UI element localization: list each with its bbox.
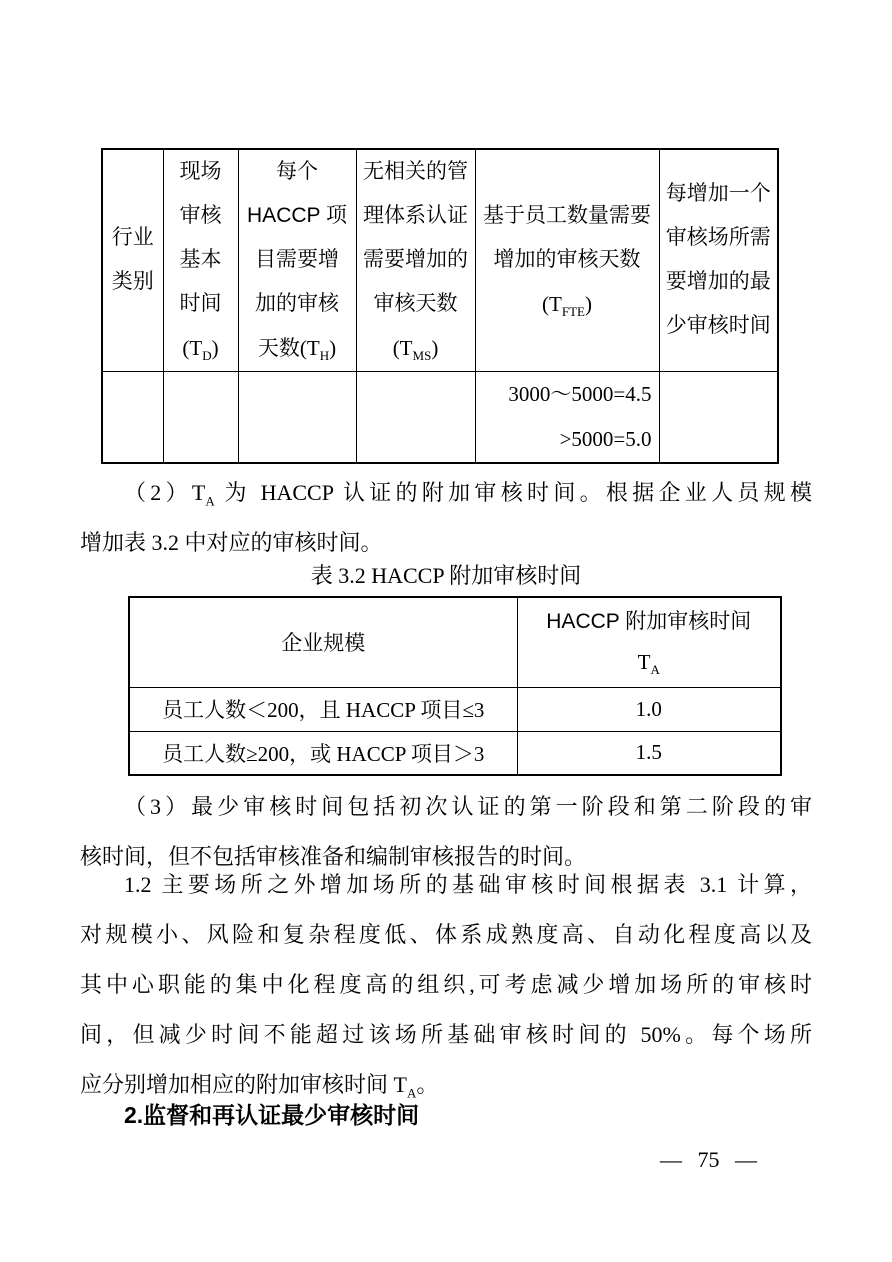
paragraph-2: （2）TA 为 HACCP 认证的附加审核时间。根据企业人员规模 增加表 3.2… [80, 468, 812, 568]
formula-text: (T [393, 336, 413, 360]
table-3-2-title: 表 3.2 HACCP 附加审核时间 [80, 558, 812, 594]
header-line: 理体系认证 [357, 194, 475, 238]
t32-cell-time: 1.0 [517, 687, 781, 731]
formula-text: 天数(T [258, 336, 320, 360]
t32-cell-time: 1.5 [517, 731, 781, 775]
document-page: 行业 类别 现场 审核 基本 时间 (TD) 每个 HACCP 项 目需要增 加… [0, 0, 892, 1262]
t31-cell-fte-values: 3000～5000=4.5 >5000=5.0 [475, 371, 659, 463]
header-line: 审核 [164, 194, 238, 238]
formula-subscript: MS [413, 348, 432, 363]
table-3-2-header-row: 企业规模 HACCP 附加审核时间 TA [129, 597, 781, 687]
text-segment: 为 HACCP 认证的附加审核时间。根据企业人员规模 [215, 480, 812, 505]
t31-header-industry-category: 行业 类别 [102, 149, 163, 371]
header-formula-tms: (TMS) [357, 326, 475, 370]
text-segment [80, 480, 124, 505]
formula-text: T [638, 650, 651, 674]
header-line: 行业 [103, 216, 163, 260]
formula-text: ) [585, 292, 592, 316]
header-line: 少审核时间 [660, 304, 778, 348]
text-line: （2）TA 为 HACCP 认证的附加审核时间。根据企业人员规模 [80, 468, 812, 518]
header-line: 需要增加的 [357, 238, 475, 282]
header-line: 要增加的最 [660, 260, 778, 304]
header-line: 每个 [239, 150, 356, 194]
table-3-2-haccp-additional-time: 企业规模 HACCP 附加审核时间 TA 员工人数＜200，且 HACCP 项目… [128, 596, 782, 776]
t32-cell-scale: 员工人数＜200，且 HACCP 项目≤3 [129, 687, 517, 731]
fte-value-line: >5000=5.0 [476, 417, 652, 462]
formula-text: (T [542, 292, 562, 316]
header-formula-tfte: (TFTE) [476, 282, 659, 326]
header-line: 审核场所需 [660, 216, 778, 260]
formula-text: ) [212, 336, 219, 360]
t32-cell-scale: 员工人数≥200，或 HACCP 项目＞3 [129, 731, 517, 775]
text-line: （3）最少审核时间包括初次认证的第一阶段和第二阶段的审 [80, 782, 812, 832]
header-formula-ta: TA [518, 642, 781, 682]
t32-header-enterprise-scale: 企业规模 [129, 597, 517, 687]
header-line: 增加的审核天数 [476, 238, 659, 282]
t31-header-no-ms-days: 无相关的管 理体系认证 需要增加的 审核天数 (TMS) [356, 149, 475, 371]
header-line: 现场 [164, 150, 238, 194]
formula-text: (T [182, 336, 202, 360]
header-formula-th: 天数(TH) [239, 326, 356, 370]
table-3-1-data-row: 3000～5000=4.5 >5000=5.0 [102, 371, 778, 463]
t31-header-onsite-base-time: 现场 审核 基本 时间 (TD) [163, 149, 238, 371]
text-segment: （2）T [124, 480, 205, 505]
t32-header-additional-time: HACCP 附加审核时间 TA [517, 597, 781, 687]
table-row: 员工人数＜200，且 HACCP 项目≤3 1.0 [129, 687, 781, 731]
t31-cell-empty [356, 371, 475, 463]
text-line: 间，但减少时间不能超过该场所基础审核时间的 50%。每个场所 [80, 1010, 812, 1060]
fte-value-line: 3000～5000=4.5 [476, 372, 652, 417]
paragraph-1-2: 1.2 主要场所之外增加场所的基础审核时间根据表 3.1 计算， 对规模小、风险… [80, 860, 812, 1110]
t31-cell-empty [102, 371, 163, 463]
header-line: HACCP 项 [239, 194, 356, 238]
header-line: 每增加一个 [660, 172, 778, 216]
header-line: 基于员工数量需要 [476, 194, 659, 238]
header-line: 无相关的管 [357, 150, 475, 194]
t31-header-haccp-item-days: 每个 HACCP 项 目需要增 加的审核 天数(TH) [238, 149, 356, 371]
page-number: — 75 — [660, 1135, 757, 1185]
header-line: 目需要增 [239, 238, 356, 282]
text-line: 其中心职能的集中化程度高的组织,可考虑减少增加场所的审核时 [80, 960, 812, 1010]
subscript: A [205, 493, 214, 508]
header-line: HACCP 附加审核时间 [518, 602, 781, 642]
header-line: 基本 [164, 238, 238, 282]
header-line: 类别 [103, 260, 163, 304]
formula-subscript: H [320, 348, 329, 363]
t31-header-fte-days: 基于员工数量需要 增加的审核天数 (TFTE) [475, 149, 659, 371]
table-3-1-audit-time: 行业 类别 现场 审核 基本 时间 (TD) 每个 HACCP 项 目需要增 加… [101, 148, 779, 464]
header-line: 审核天数 [357, 282, 475, 326]
formula-subscript: D [202, 348, 211, 363]
formula-text: ) [329, 336, 336, 360]
t31-cell-empty [238, 371, 356, 463]
formula-text: ) [431, 336, 438, 360]
t31-cell-empty [163, 371, 238, 463]
formula-subscript: FTE [562, 304, 585, 319]
table-row: 员工人数≥200，或 HACCP 项目＞3 1.5 [129, 731, 781, 775]
t31-header-extra-site-min-time: 每增加一个 审核场所需 要增加的最 少审核时间 [659, 149, 778, 371]
section-heading-supervision-recertification: 2.监督和再认证最少审核时间 [80, 1090, 812, 1140]
header-formula-td: (TD) [164, 326, 238, 370]
table-3-1-header-row: 行业 类别 现场 审核 基本 时间 (TD) 每个 HACCP 项 目需要增 加… [102, 149, 778, 371]
formula-subscript: A [650, 662, 659, 677]
text-line: 1.2 主要场所之外增加场所的基础审核时间根据表 3.1 计算， [80, 860, 812, 910]
header-line: 时间 [164, 282, 238, 326]
t31-cell-empty [659, 371, 778, 463]
header-line: 加的审核 [239, 282, 356, 326]
text-line: 对规模小、风险和复杂程度低、体系成熟度高、自动化程度高以及 [80, 910, 812, 960]
